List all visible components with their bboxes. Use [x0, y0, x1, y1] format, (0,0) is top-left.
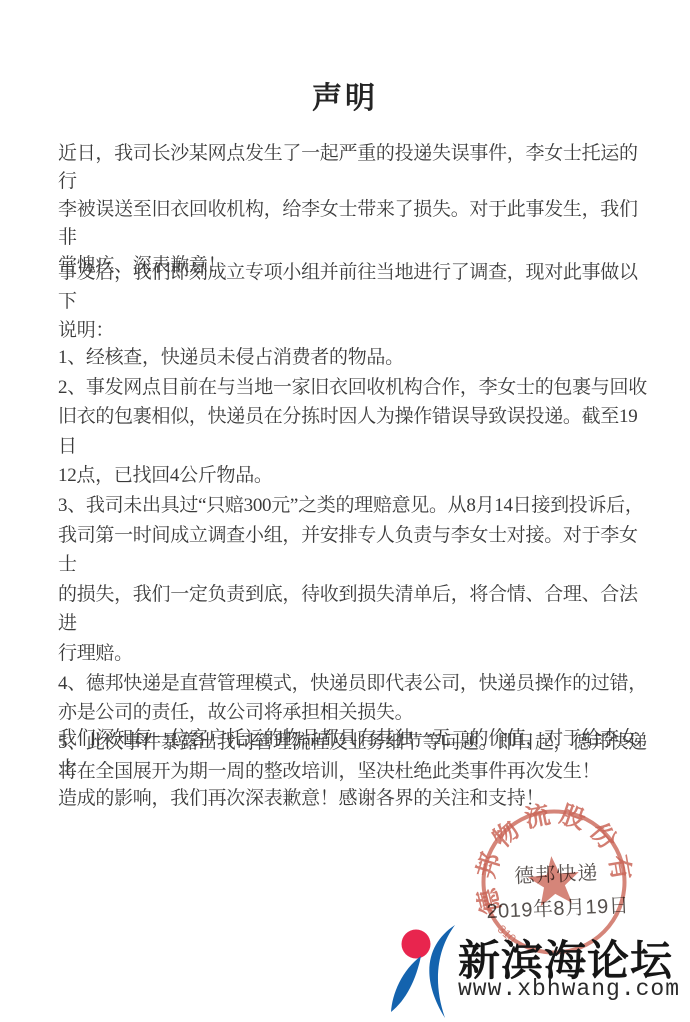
statement-items: 1、经核查，快递员未侵占消费者的物品。 2、事发网点目前在与当地一家旧衣回收机构… [58, 343, 650, 787]
signature-company: 德邦快递 [476, 855, 637, 891]
logo-body-swoosh [429, 925, 455, 1018]
logo-leg-swoosh [391, 956, 421, 1012]
paragraph-investigation: 事发后，我们即刻成立专项小组并前往当地进行了调查，现对此事做以下 说明： [58, 258, 650, 345]
statement-title: 声明 [0, 73, 690, 117]
forum-logo-icon [388, 920, 464, 1022]
signature-block: 德邦快递 2019年8月19日 [476, 855, 639, 925]
site-url: www.xbhwang.com [458, 976, 680, 1002]
forum-watermark: 新滨海论坛 www.xbhwang.com [388, 920, 690, 1022]
logo-head-dot [402, 930, 431, 959]
statement-page: 声明 近日，我司长沙某网点发生了一起严重的投递失误事件，李女士托运的行 李被误送… [0, 0, 690, 1022]
